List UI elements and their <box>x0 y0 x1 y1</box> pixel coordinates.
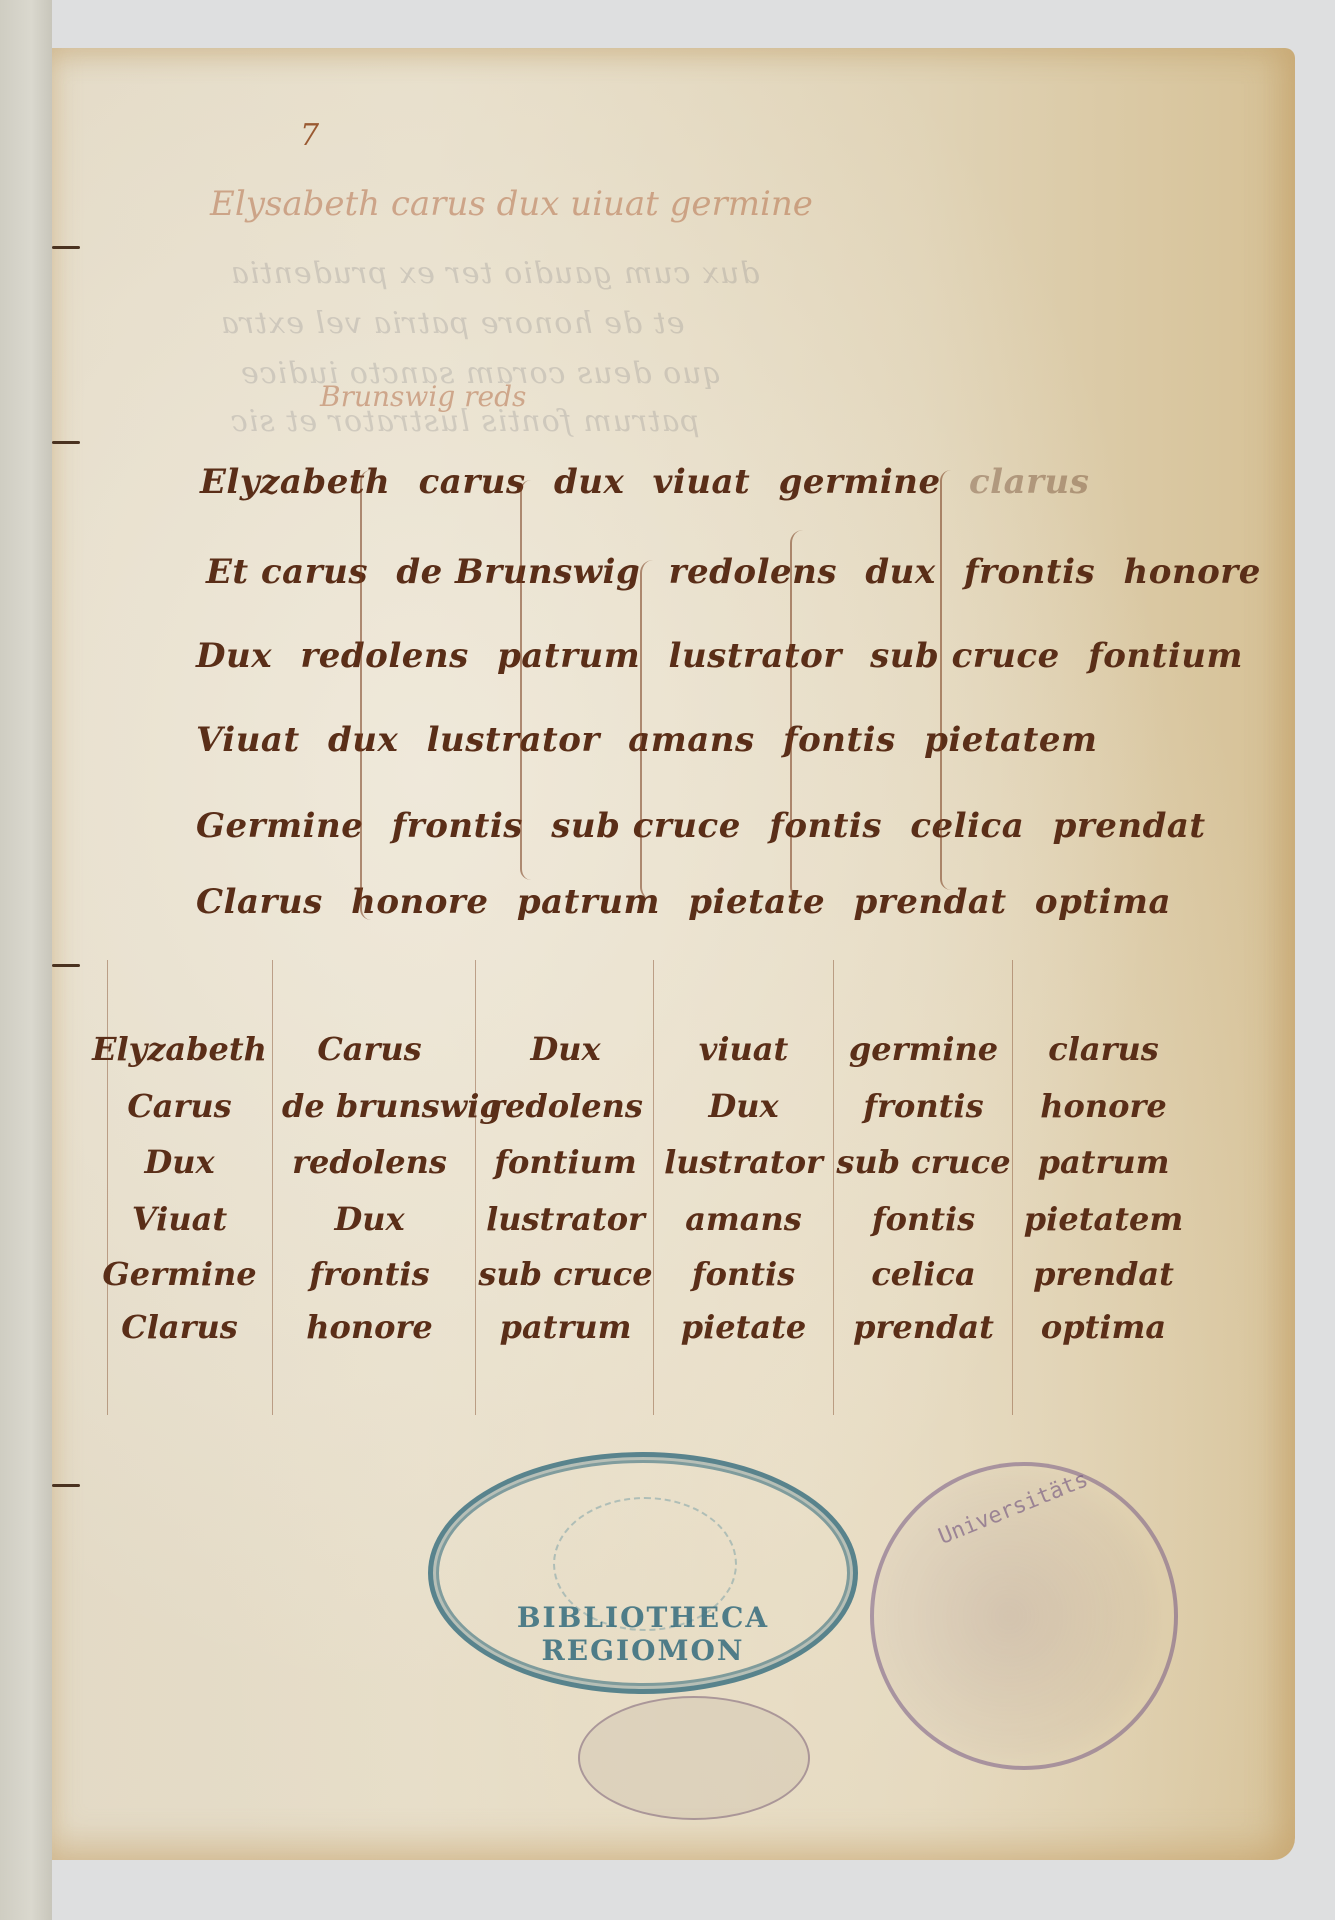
show-through-line: et de honore patria vel extra <box>220 306 685 341</box>
grid-cell: prendat <box>1016 1255 1191 1293</box>
faded-oval-stamp <box>578 1696 810 1820</box>
word: clarus <box>969 462 1089 502</box>
grid-cell: pietate <box>656 1308 831 1346</box>
binding-board <box>0 0 52 1920</box>
word: Dux <box>196 636 272 676</box>
grid-cell: amans <box>656 1200 831 1238</box>
word: de Brunswig <box>396 552 640 592</box>
sewing-station-mark <box>52 246 80 249</box>
grid-cell: fontis <box>836 1200 1011 1238</box>
grid-cell: frontis <box>282 1255 457 1293</box>
grid-cell: Carus <box>92 1087 267 1125</box>
grid-cell: lustrator <box>478 1200 653 1238</box>
grid-cell: prendat <box>836 1308 1011 1346</box>
guide-curve <box>640 560 666 900</box>
grid-cell: Clarus <box>92 1308 267 1346</box>
grid-cell: sub cruce <box>478 1255 653 1293</box>
stamp-text: Universitäts <box>935 1467 1092 1550</box>
word: honore <box>1124 552 1261 592</box>
stamp-text: BIBLIOTHECA REGIOMON <box>433 1601 853 1667</box>
erased-line: Elysabeth carus dux uiuat germine <box>210 184 813 224</box>
word: dux <box>554 462 624 502</box>
grid-cell: viuat <box>656 1030 831 1068</box>
word: germine <box>779 462 941 502</box>
column-rule <box>833 960 834 1415</box>
grid-cell: Dux <box>92 1143 267 1181</box>
grid-cell: frontis <box>836 1087 1011 1125</box>
column-rule <box>272 960 273 1415</box>
prose-line-3: Dux redolens patrum lustrator sub cruce … <box>196 636 1259 676</box>
word: prendat <box>1053 806 1206 846</box>
word: carus <box>419 462 526 502</box>
prose-line-5: Germine frontis sub cruce fontis celica … <box>196 806 1222 846</box>
grid-cell: lustrator <box>656 1143 831 1181</box>
word: dux <box>865 552 935 592</box>
grid-cell: patrum <box>1016 1143 1191 1181</box>
guide-curve <box>360 470 382 920</box>
guide-curve <box>940 470 962 890</box>
column-rule <box>1012 960 1013 1415</box>
prose-line-1: Elyzabeth carus dux viuat germine clarus <box>200 462 1105 502</box>
word: redolens <box>300 636 468 676</box>
word: optima <box>1035 882 1171 922</box>
grid-cell: fontium <box>478 1143 653 1181</box>
folio-number: 7 <box>300 118 319 153</box>
sewing-station-mark <box>52 964 80 967</box>
grid-cell: Elyzabeth <box>92 1030 267 1068</box>
grid-cell: de brunswig <box>282 1087 457 1125</box>
word: prendat <box>854 882 1007 922</box>
grid-cell: honore <box>1016 1087 1191 1125</box>
grid-cell: optima <box>1016 1308 1191 1346</box>
word: lustrator <box>427 720 600 760</box>
column-rule <box>107 960 108 1415</box>
word: fontium <box>1088 636 1243 676</box>
word: Germine <box>196 806 363 846</box>
word: patrum <box>517 882 660 922</box>
word: fontis <box>769 806 882 846</box>
grid-cell: Dux <box>478 1030 653 1068</box>
word: Et carus <box>206 552 368 592</box>
sewing-station-mark <box>52 1484 80 1487</box>
erased-line: Brunswig reds <box>320 380 526 413</box>
word: frontis <box>964 552 1095 592</box>
grid-cell: Carus <box>282 1030 457 1068</box>
word: patrum <box>497 636 640 676</box>
grid-cell: redolens <box>282 1143 457 1181</box>
word: Clarus <box>196 882 323 922</box>
grid-cell: honore <box>282 1308 457 1346</box>
university-stamp-purple: Universitäts <box>870 1462 1178 1770</box>
column-rule <box>653 960 654 1415</box>
grid-cell: celica <box>836 1255 1011 1293</box>
guide-curve <box>520 480 542 880</box>
word: celica <box>910 806 1024 846</box>
column-rule <box>475 960 476 1415</box>
word: Viuat <box>196 720 300 760</box>
grid-cell: redolens <box>478 1087 653 1125</box>
grid-cell: germine <box>836 1030 1011 1068</box>
word: sub cruce <box>870 636 1060 676</box>
grid-cell: patrum <box>478 1308 653 1346</box>
guide-curve <box>790 530 816 900</box>
prose-line-6: Clarus honore patrum pietate prendat opt… <box>196 882 1187 922</box>
word: viuat <box>653 462 751 502</box>
show-through-line: dux cum gaudio ter ex prudentia <box>230 256 759 291</box>
word: frontis <box>392 806 523 846</box>
grid-cell: sub cruce <box>836 1143 1011 1181</box>
grid-cell: fontis <box>656 1255 831 1293</box>
library-stamp-blue: BIBLIOTHECA REGIOMON <box>428 1452 858 1694</box>
sewing-station-mark <box>52 441 80 444</box>
grid-cell: Germine <box>92 1255 267 1293</box>
grid-cell: Dux <box>282 1200 457 1238</box>
grid-cell: clarus <box>1016 1030 1191 1068</box>
grid-cell: Dux <box>656 1087 831 1125</box>
grid-cell: pietatem <box>1016 1200 1191 1238</box>
grid-cell: Viuat <box>92 1200 267 1238</box>
